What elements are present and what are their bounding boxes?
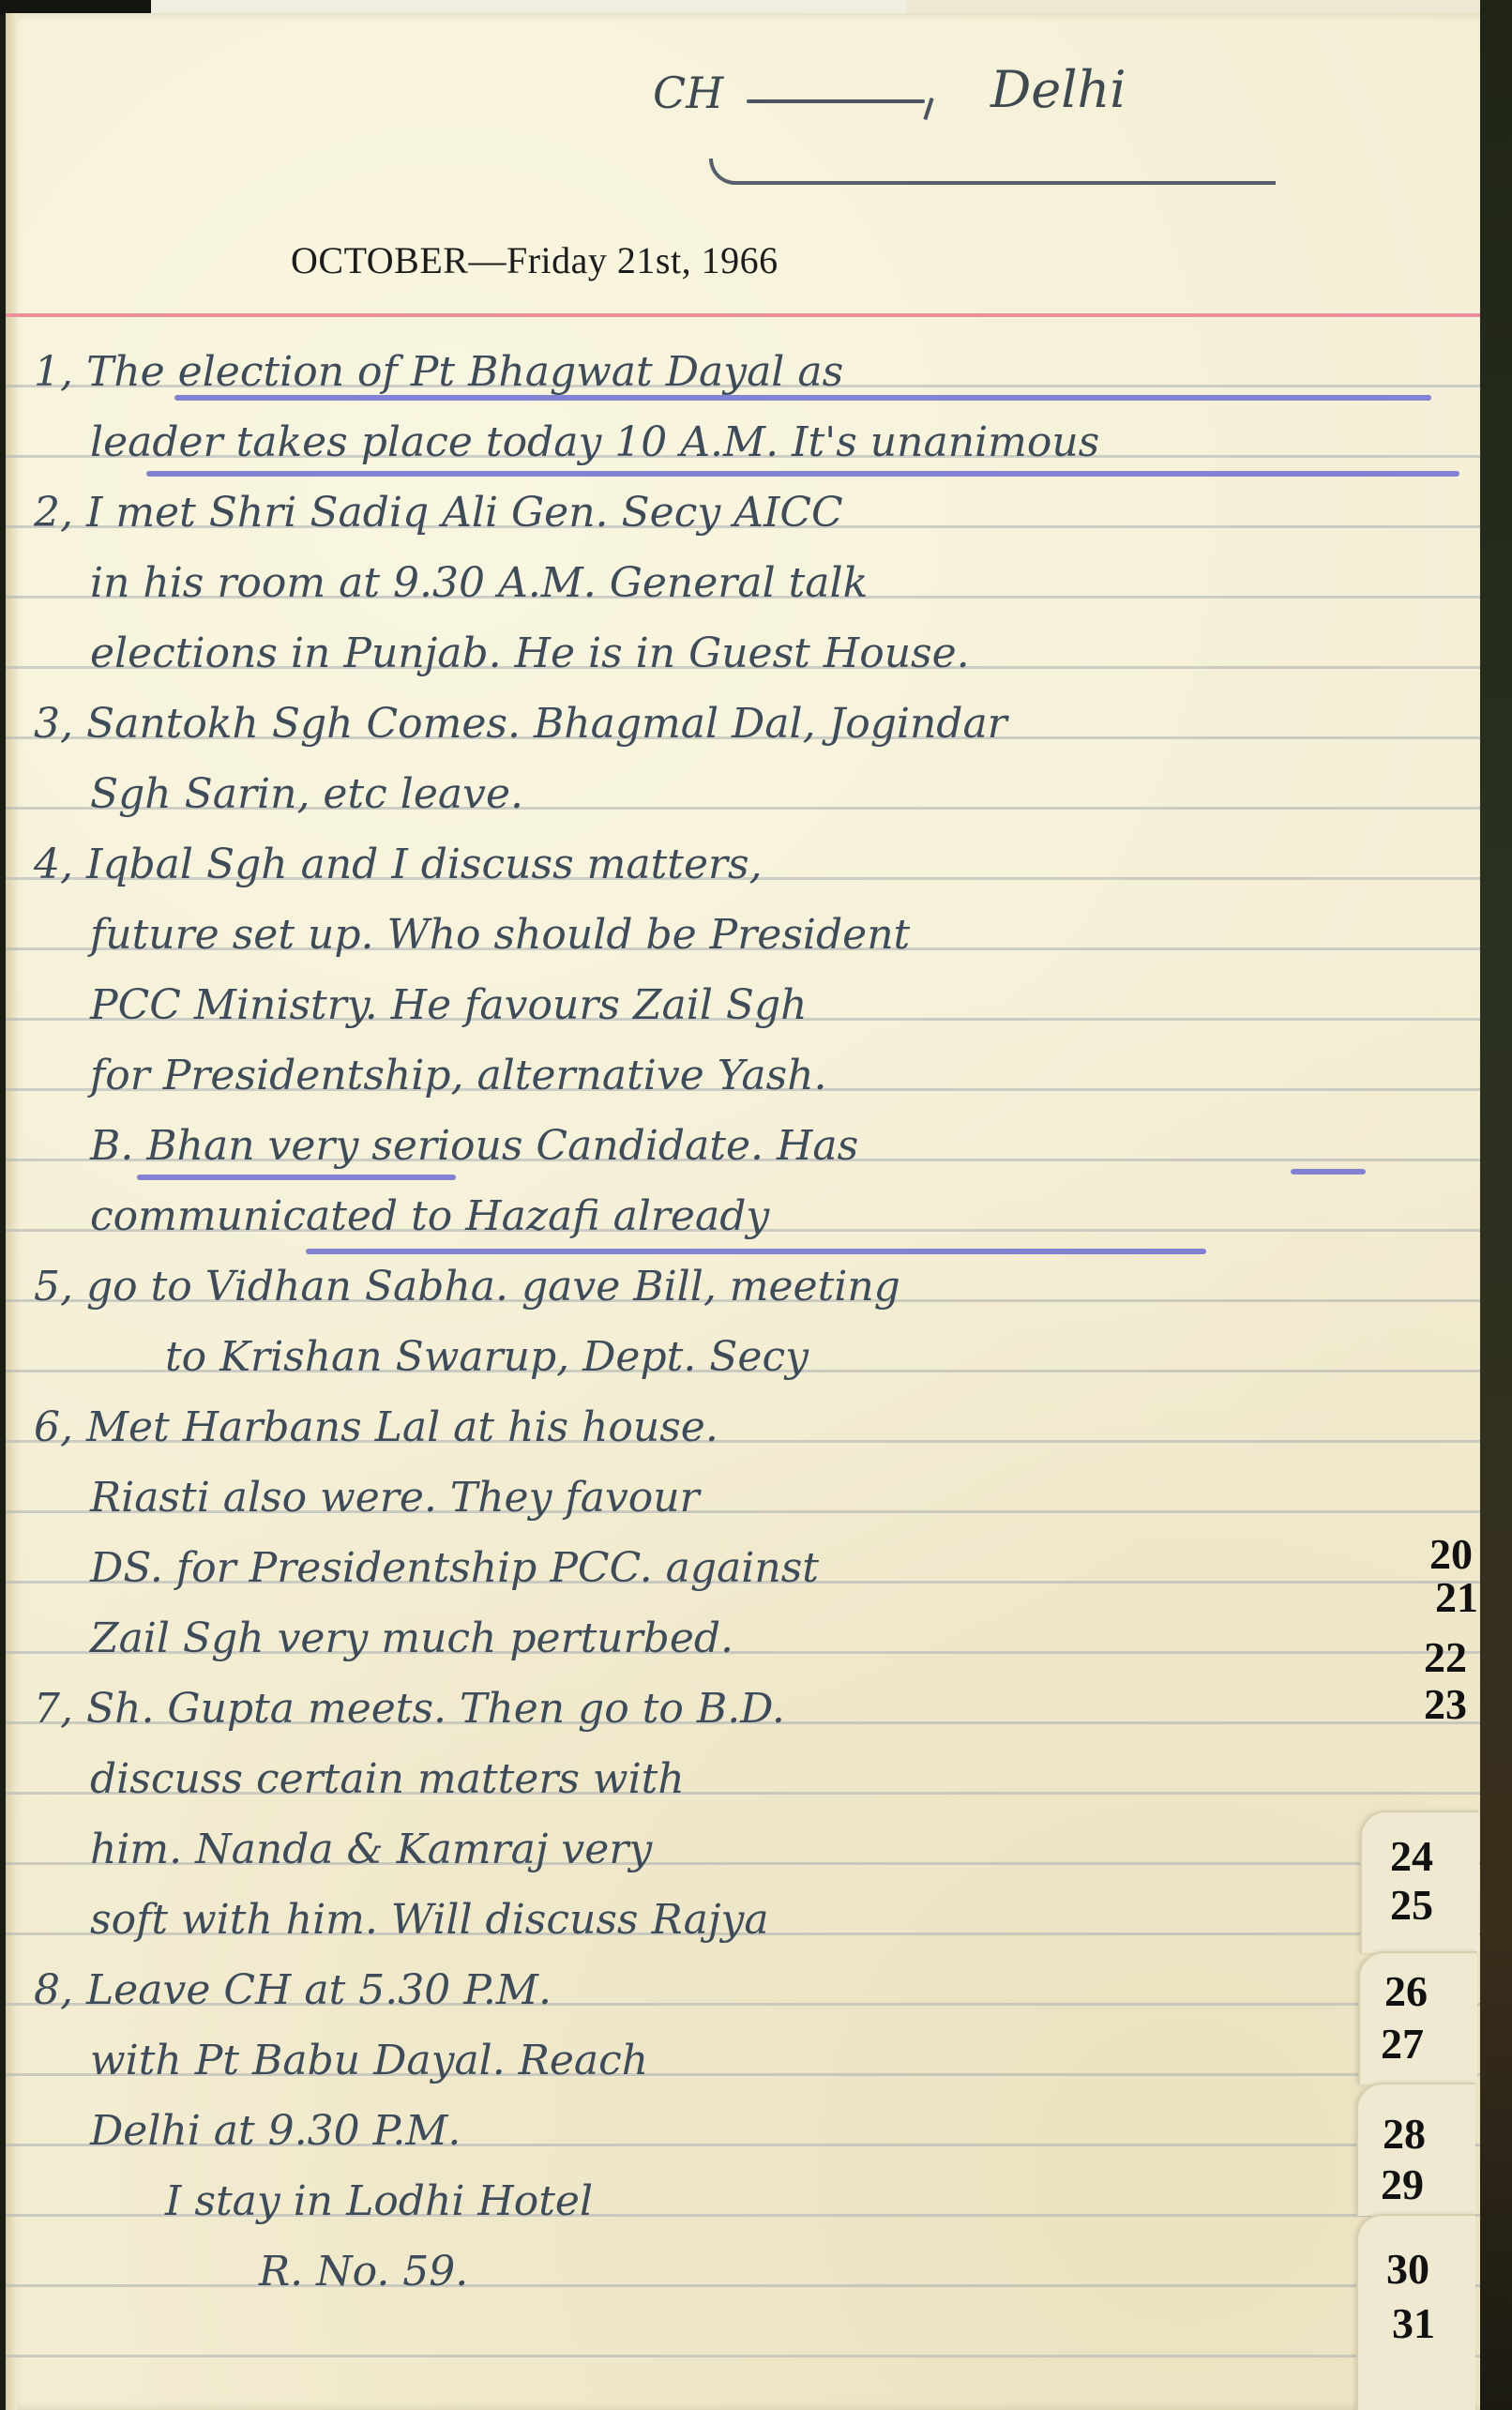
entry-4-line-4: for Presidentship, alternative Yash. — [34, 1040, 1441, 1111]
entry-2-line-2: in his room at 9.30 A.M. General talk — [34, 548, 1441, 618]
entry-5-line-1: 5, go to Vidhan Sabha. gave Bill, meetin… — [34, 1251, 1441, 1322]
entry-1-line-2: leader takes place today 10 A.M. It's un… — [34, 407, 1441, 477]
entry-8-line-2: with Pt Babu Dayal. Reach — [34, 2025, 1441, 2096]
entry-4-line-1: 4, Iqbal Sgh and I discuss matters, — [34, 829, 1441, 900]
entry-6-line-1: 6, Met Harbans Lal at his house. — [34, 1392, 1441, 1463]
date-tab-30-31[interactable]: 30 31 — [1356, 2214, 1475, 2410]
date-tab-26-27[interactable]: 26 27 — [1358, 1951, 1477, 2084]
entry-5-line-2: to Krishan Swarup, Dept. Secy — [34, 1322, 1441, 1392]
entry-6-line-3: DS. for Presidentship PCC. against — [34, 1533, 1441, 1603]
blue-underline — [146, 471, 1459, 477]
entry-3-line-2: Sgh Sarin, etc leave. — [34, 759, 1441, 829]
entry-2-line-1: 2, I met Shri Sadiq Ali Gen. Secy AICC — [34, 477, 1441, 548]
entry-7-line-4: soft with him. Will discuss Rajya — [34, 1885, 1441, 1955]
date-tab-22-23[interactable]: 22 23 — [1369, 1623, 1482, 1811]
entry-8-line-4: I stay in Lodhi Hotel — [34, 2166, 1441, 2236]
entry-7-line-3: him. Nanda & Kamraj very — [34, 1814, 1441, 1885]
entry-1-line-1: 1, The election of Pt Bhagwat Dayal as — [34, 337, 1441, 407]
entry-8-line-1: 8, Leave CH at 5.30 P.M. — [34, 1955, 1441, 2025]
calendar-thumb-index: 20 21 22 23 24 25 26 27 28 29 30 31 — [1351, 1520, 1491, 2410]
route-from: CH — [653, 68, 723, 118]
book-cover-edge — [1480, 0, 1512, 2410]
route-underline — [709, 159, 1276, 185]
page-date-heading: OCTOBER—Friday 21st, 1966 — [291, 238, 779, 282]
entry-3-line-1: 3, Santokh Sgh Comes. Bhagmal Dal, Jogin… — [34, 689, 1441, 759]
blue-underline — [174, 395, 1431, 401]
route-to: Delhi — [990, 60, 1126, 119]
blue-underline — [137, 1175, 456, 1180]
diary-entries: 1, The election of Pt Bhagwat Dayal as l… — [34, 337, 1441, 2307]
entry-8-line-5: R. No. 59. — [34, 2236, 1441, 2307]
red-margin-rule — [6, 313, 1480, 317]
date-tab-24-25[interactable]: 24 25 — [1360, 1811, 1479, 1953]
entry-6-line-2: Riasti also were. They favour — [34, 1463, 1441, 1533]
entry-6-line-4: Zail Sgh very much perturbed. — [34, 1603, 1441, 1674]
route-note: CH Delhi — [653, 51, 1403, 191]
date-tab-28-29[interactable]: 28 29 — [1356, 2083, 1475, 2216]
blue-underline — [1291, 1169, 1366, 1175]
entry-4-line-3: PCC Ministry. He favours Zail Sgh — [34, 970, 1441, 1040]
entry-4-line-2: future set up. Who should be President — [34, 900, 1441, 970]
entry-4-line-5: B. Bhan very serious Candidate. Has — [34, 1111, 1441, 1181]
entry-2-line-3: elections in Punjab. He is in Guest Hous… — [34, 618, 1441, 689]
entry-8-line-3: Delhi at 9.30 P.M. — [34, 2096, 1441, 2166]
diary-page: CH Delhi OCTOBER—Friday 21st, 1966 1, Th… — [6, 13, 1480, 2410]
entry-7-line-2: discuss certain matters with — [34, 1744, 1441, 1814]
entry-7-line-1: 7, Sh. Gupta meets. Then go to B.D. — [34, 1674, 1441, 1744]
arrow-right-icon — [747, 99, 925, 103]
entry-4-line-6: communicated to Hazafi already — [34, 1181, 1441, 1251]
